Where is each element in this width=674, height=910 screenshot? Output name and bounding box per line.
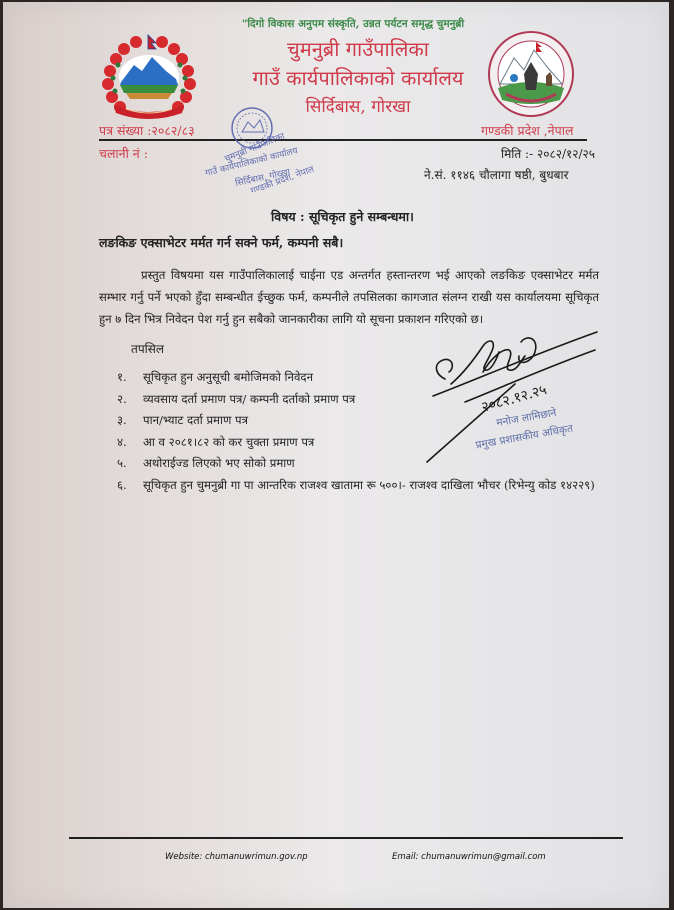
letter-addressee: लङकिङ एक्साभेटर मर्मत गर्न सक्ने फर्म, क… [99,234,343,251]
footer-divider [69,837,623,839]
municipality-logo-icon [480,28,582,120]
dispatch-number: चलानी नं : [99,145,148,162]
office-name: गाउँ कार्यपालिकाको कार्यालय [213,64,503,91]
letter-body: प्रस्तुत विषयमा यस गाउँपालिकालाई चाईना ए… [99,264,599,330]
letter-subject: विषय : सूचिकृत हुने सम्बन्धमा। [271,208,414,225]
nepal-sambat-date: ने.सं. ११४६ चौलागा षष्ठी, बुधबार [424,166,568,183]
list-item: ६.सूचिकृत हुन चुमनुब्री गा पा आन्तरिक रा… [117,475,607,497]
footer-email: Email: chumanuwrimun@gmail.com [392,852,546,862]
letter-date: मिति :- २०८२/१२/२५ [501,145,595,162]
footer-website: Website: chumanuwrimun.gov.np [165,852,308,862]
details-heading: तपसिल [131,340,164,357]
province-label: गण्डकी प्रदेश ,नेपाल [481,122,573,139]
org-name: चुमनुब्री गाउँपालिका [213,35,503,62]
nepal-emblem-icon [96,27,202,125]
header-divider [99,139,587,141]
reference-number: पत्र संख्या :२०८२/८३ [99,122,195,139]
tagline: "दिगो विकास अनुपम संस्कृति, उन्नत पर्यटन… [223,17,483,31]
office-stamp-icon: चुमनुब्री गाउँपालिका गाउँ कार्यपालिकाको … [196,106,316,192]
letter-page: "दिगो विकास अनुपम संस्कृति, उन्नत पर्यटन… [3,2,669,908]
